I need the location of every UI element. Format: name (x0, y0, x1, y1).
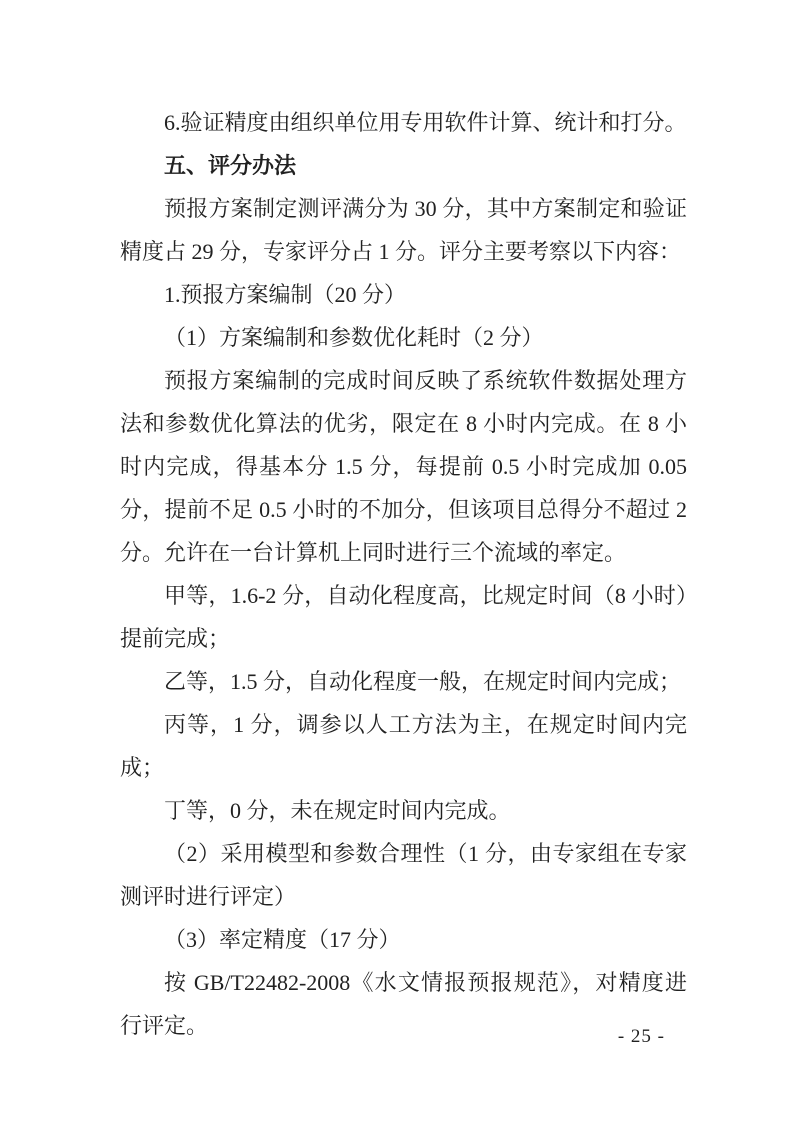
paragraph-accuracy-standard: 按 GB/T22482-2008《水文情报预报规范》，对精度进行评定。 (120, 961, 687, 1047)
paragraph-completion-time-rules: 预报方案编制的完成时间反映了系统软件数据处理方法和参数优化算法的优劣，限定在 8… (120, 359, 687, 574)
list-item-6-verification-accuracy: 6.验证精度由组织单位用专用软件计算、统计和打分。 (120, 101, 687, 144)
list-item-1-forecast-scheme: 1.预报方案编制（20 分） (120, 273, 687, 316)
list-item-1-3-calibration-accuracy: （3）率定精度（17 分） (120, 918, 687, 961)
document-body: 6.验证精度由组织单位用专用软件计算、统计和打分。 五、评分办法 预报方案制定测… (120, 101, 687, 1047)
paragraph-grade-d: 丁等，0 分，未在规定时间内完成。 (120, 789, 687, 832)
paragraph-score-overview: 预报方案制定测评满分为 30 分，其中方案制定和验证精度占 29 分，专家评分占… (120, 187, 687, 273)
page-number: - 25 - (618, 1026, 665, 1048)
paragraph-grade-b: 乙等，1.5 分，自动化程度一般，在规定时间内完成； (120, 660, 687, 703)
section-heading-scoring-method: 五、评分办法 (120, 144, 687, 187)
list-item-1-1-time-consumption: （1）方案编制和参数优化耗时（2 分） (120, 316, 687, 359)
document-page: 6.验证精度由组织单位用专用软件计算、统计和打分。 五、评分办法 预报方案制定测… (0, 0, 800, 1131)
list-item-1-2-model-rationality: （2）采用模型和参数合理性（1 分，由专家组在专家测评时进行评定） (120, 832, 687, 918)
paragraph-grade-a: 甲等，1.6-2 分，自动化程度高，比规定时间（8 小时）提前完成； (120, 574, 687, 660)
paragraph-grade-c: 丙等，1 分，调参以人工方法为主，在规定时间内完成； (120, 703, 687, 789)
